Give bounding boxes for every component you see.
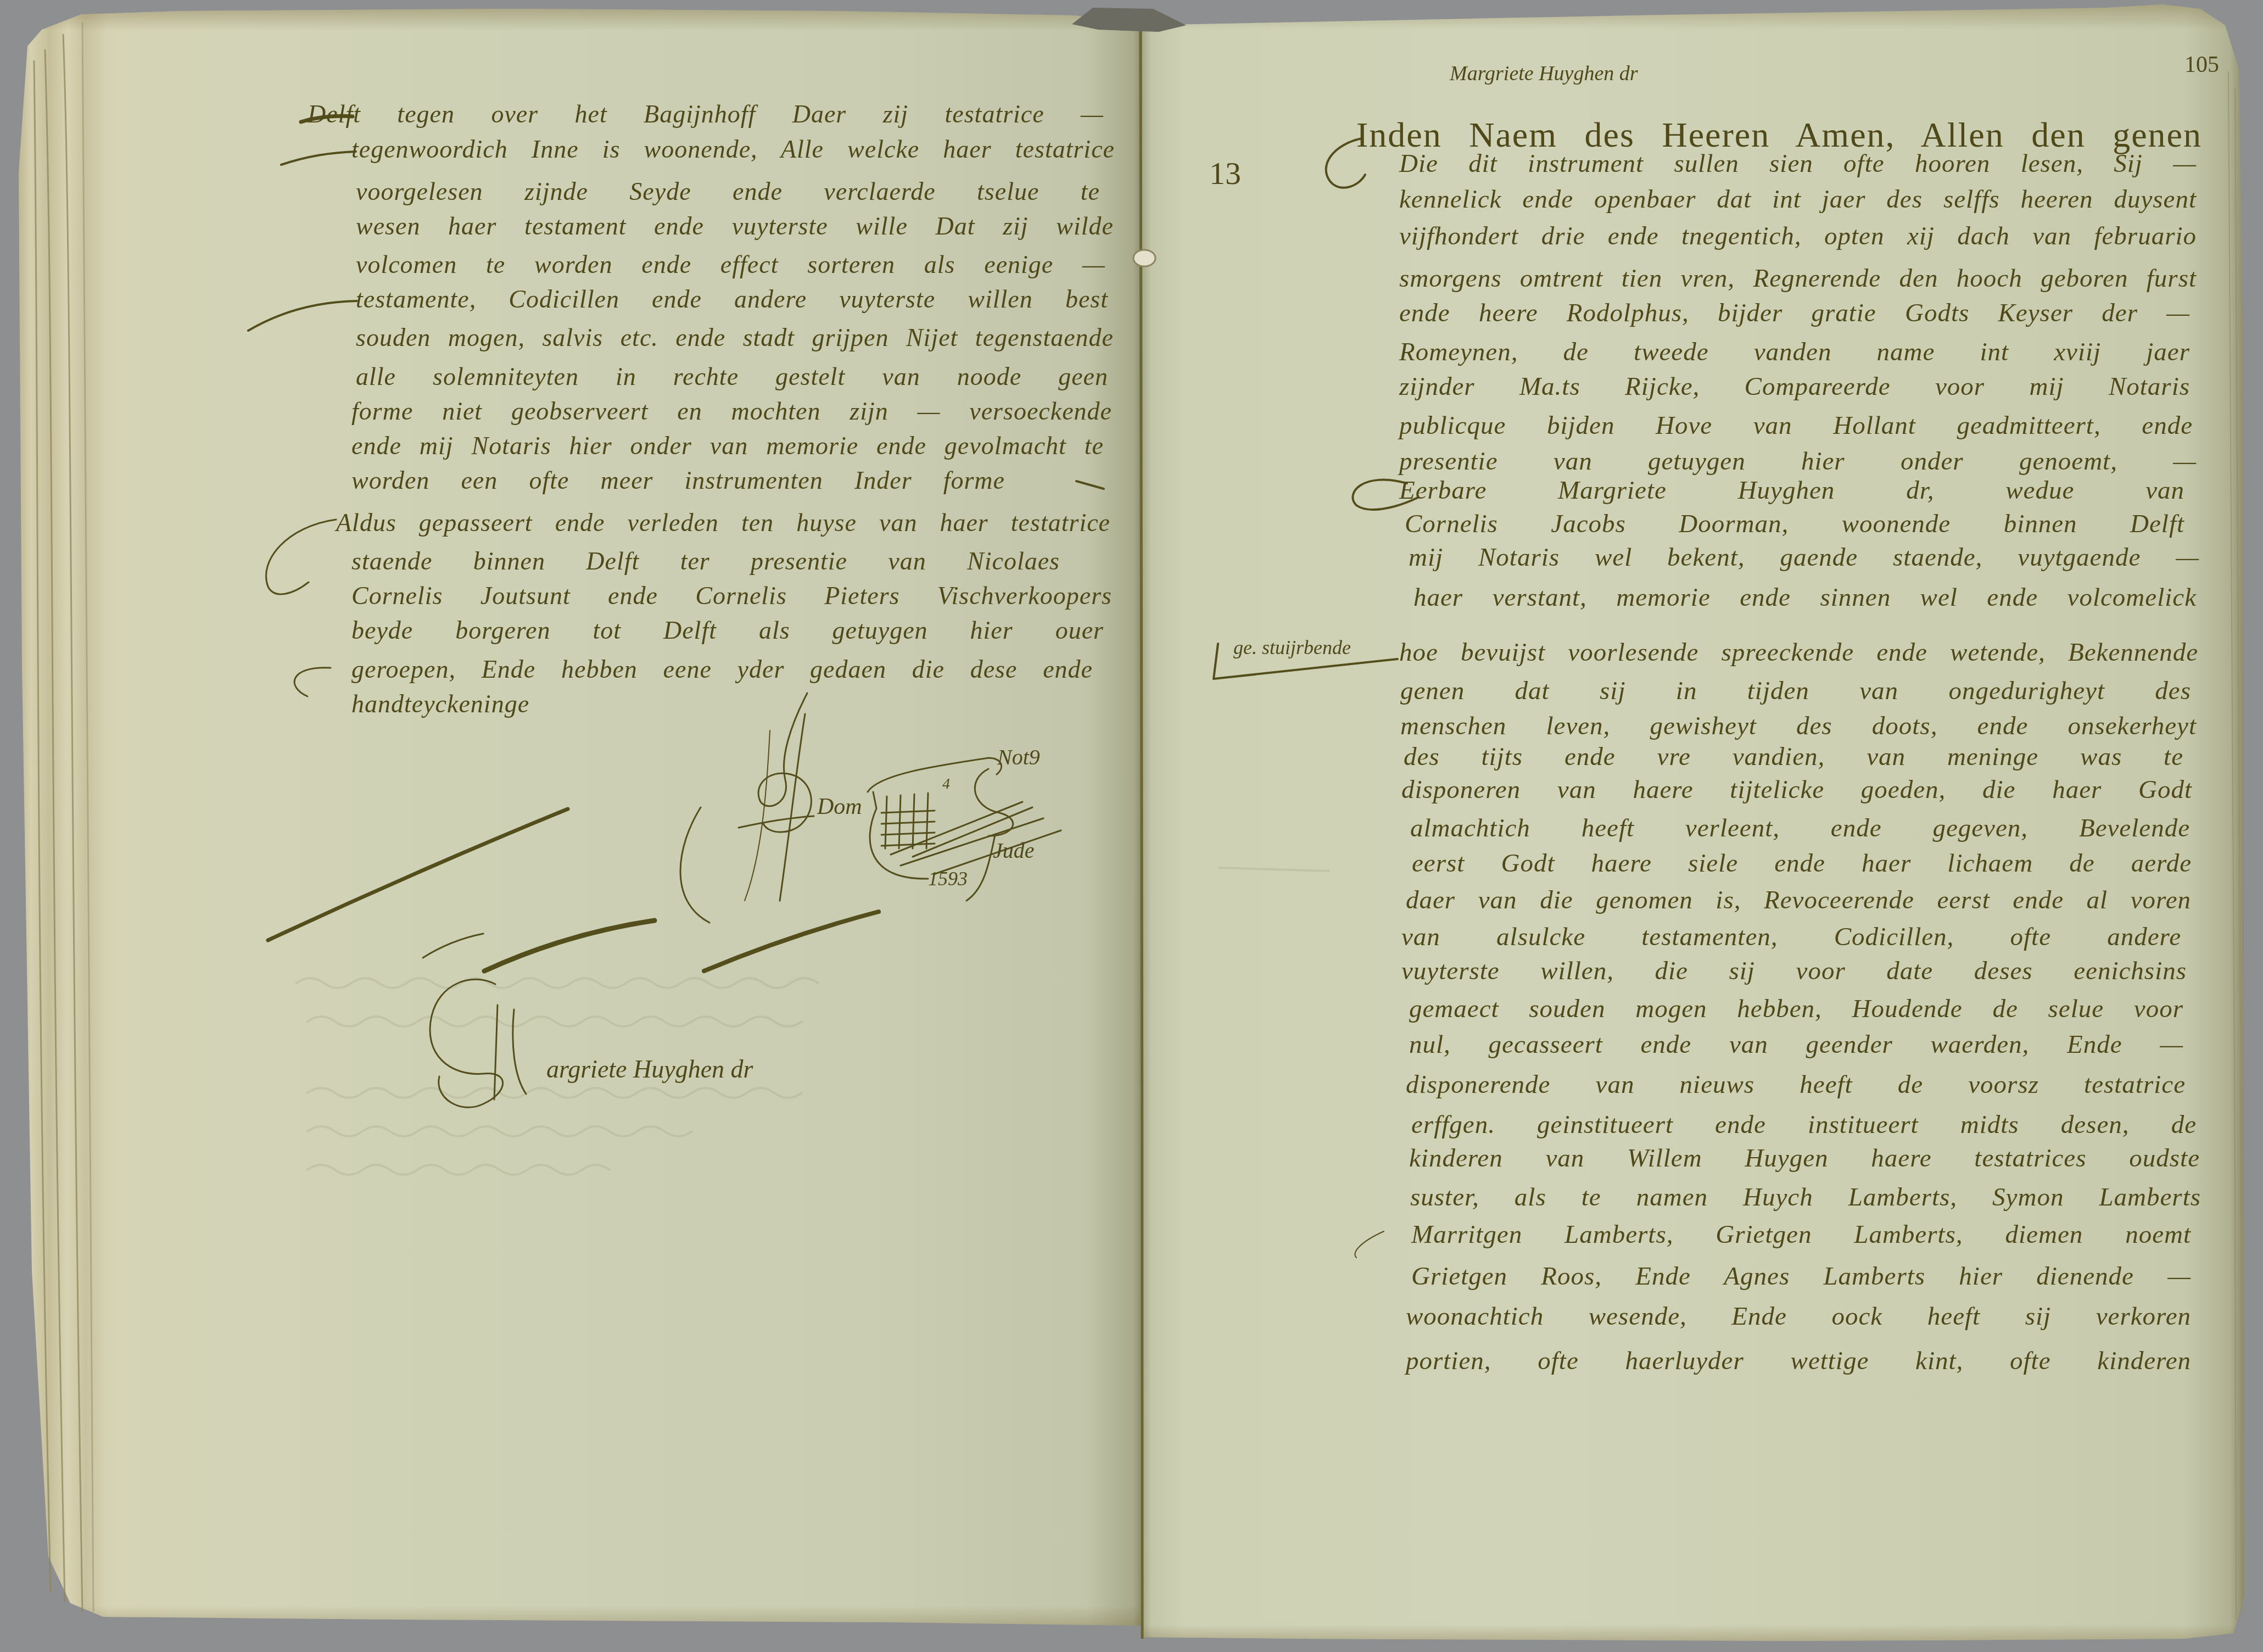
right-text-line: haer verstant, memorie ende sinnen wel e… <box>1413 581 2197 614</box>
right-text-line: kennelick ende openbaer dat int jaer des… <box>1399 183 2197 216</box>
left-text-line: souden mogen, salvis etc. ende stadt gri… <box>356 321 1114 354</box>
left-text-line: ende mij Notaris hier onder van memorie … <box>351 429 1104 462</box>
left-text-line: Cornelis Joutsunt ende Cornelis Pieters … <box>351 579 1112 612</box>
right-text-line: van alsulcke testamenten, Codicillen, of… <box>1401 920 2181 953</box>
left-text-line: geroepen, Ende hebben eene yder gedaen d… <box>351 653 1093 686</box>
left-text-line: handteyckeninge <box>351 688 582 721</box>
right-text-line: smorgens omtrent tien vren, Regnerende d… <box>1399 262 2197 295</box>
right-text-line: Eerbare Margriete Huyghen dr, wedue van <box>1399 474 2184 507</box>
right-text-line: vuyterste willen, die sij voor date dese… <box>1401 955 2187 987</box>
right-text-line: kinderen van Willem Huygen haere testatr… <box>1409 1142 2200 1175</box>
left-text-line: voorgelesen zijnde Seyde ende verclaerde… <box>356 175 1100 208</box>
right-text-line: des tijts ende vre vandien, van meninge … <box>1404 740 2183 773</box>
right-text-line: hoe bevuijst voorlesende spreeckende end… <box>1399 636 2198 669</box>
right-text-line: suster, als te namen Huych Lamberts, Sym… <box>1410 1181 2201 1214</box>
right-text-line: Cornelis Jacobs Doorman, woonende binnen… <box>1405 507 2184 540</box>
manuscript-spread: Dom 4 Not9 1593 Jude argriete Huyghen dr <box>0 0 2263 1652</box>
folio-number: 105 <box>2184 52 2219 78</box>
right-text-line: portien, ofte haerluyder wettige kint, o… <box>1406 1344 2191 1377</box>
left-text-line: forme niet geobserveert en mochten zijn … <box>351 395 1112 428</box>
right-text-line: erffgen. geinstitueert ende institueert … <box>1411 1108 2197 1141</box>
right-text-line: publicque bijden Hove van Hollant geadmi… <box>1399 409 2193 442</box>
margin-note: ge. stuijrbende <box>1233 636 1351 659</box>
left-text-line: testamente, Codicillen ende andere vuyte… <box>356 283 1108 316</box>
right-text-line: menschen leven, gewisheyt des doots, end… <box>1400 710 2197 743</box>
right-text-line: nul, gecasseert ende van geender waerden… <box>1409 1028 2183 1061</box>
left-text-line: Delft tegen over het Bagijnhoff Daer zij… <box>308 98 1104 131</box>
left-text-line: alle solemniteyten in rechte gestelt van… <box>356 360 1108 393</box>
left-text-line: tegenwoordich Inne is woonende, Alle wel… <box>351 133 1115 166</box>
left-text-line: volcomen te worden ende effect sorteren … <box>356 248 1105 281</box>
left-text-line: beyde borgeren tot Delft als getuygen hi… <box>351 614 1104 647</box>
right-text-line: disponeren van haere tijtelicke goeden, … <box>1401 773 2192 806</box>
right-text-line: woonachtich wesende, Ende oock heeft sij… <box>1406 1300 2191 1333</box>
right-text-line: ende heere Rodolphus, bijder gratie Godt… <box>1399 297 2190 330</box>
left-text-line: Aldus gepasseert ende verleden ten huyse… <box>336 506 1110 539</box>
right-text-line: Romeynen, de tweede vanden name int xvii… <box>1399 336 2190 369</box>
right-text-line: presentie van getuygen hier onder genoem… <box>1399 445 2197 478</box>
right-text-line: disponerende van nieuws heeft de voorsz … <box>1406 1068 2186 1101</box>
right-text-line: vijfhondert drie ende tnegentich, opten … <box>1399 220 2197 253</box>
right-text-line: Grietgen Roos, Ende Agnes Lamberts hier … <box>1411 1260 2191 1293</box>
right-text-line: daer van die genomen is, Revoceerende ee… <box>1406 884 2191 917</box>
left-text-line: wesen haer testament ende vuyterste will… <box>356 210 1114 243</box>
running-head: Margriete Huyghen dr <box>1450 62 1638 86</box>
right-text-line: genen dat sij in tijden van ongedurighey… <box>1400 674 2191 707</box>
left-text-line: worden een ofte meer instrumenten Inder … <box>351 464 1005 497</box>
left-text-line: staende binnen Delft ter presentie van N… <box>351 545 1060 578</box>
right-text-line: gemaect souden mogen hebben, Houdende de… <box>1409 992 2183 1025</box>
right-text-line: Marritgen Lamberts, Grietgen Lamberts, d… <box>1411 1218 2191 1251</box>
right-text-line: mij Notaris wel bekent, gaende staende, … <box>1409 541 2199 574</box>
right-text-line: almachtich heeft verleent, ende gegeven,… <box>1410 812 2190 845</box>
right-text-line: zijnder Ma.ts Rijcke, Compareerde voor m… <box>1399 370 2190 403</box>
margin-number: 13 <box>1209 155 1241 192</box>
right-text-line: Die dit instrument sullen sien ofte hoor… <box>1399 147 2197 180</box>
right-text-line: eerst Godt haere siele ende haer lichaem… <box>1412 847 2192 880</box>
